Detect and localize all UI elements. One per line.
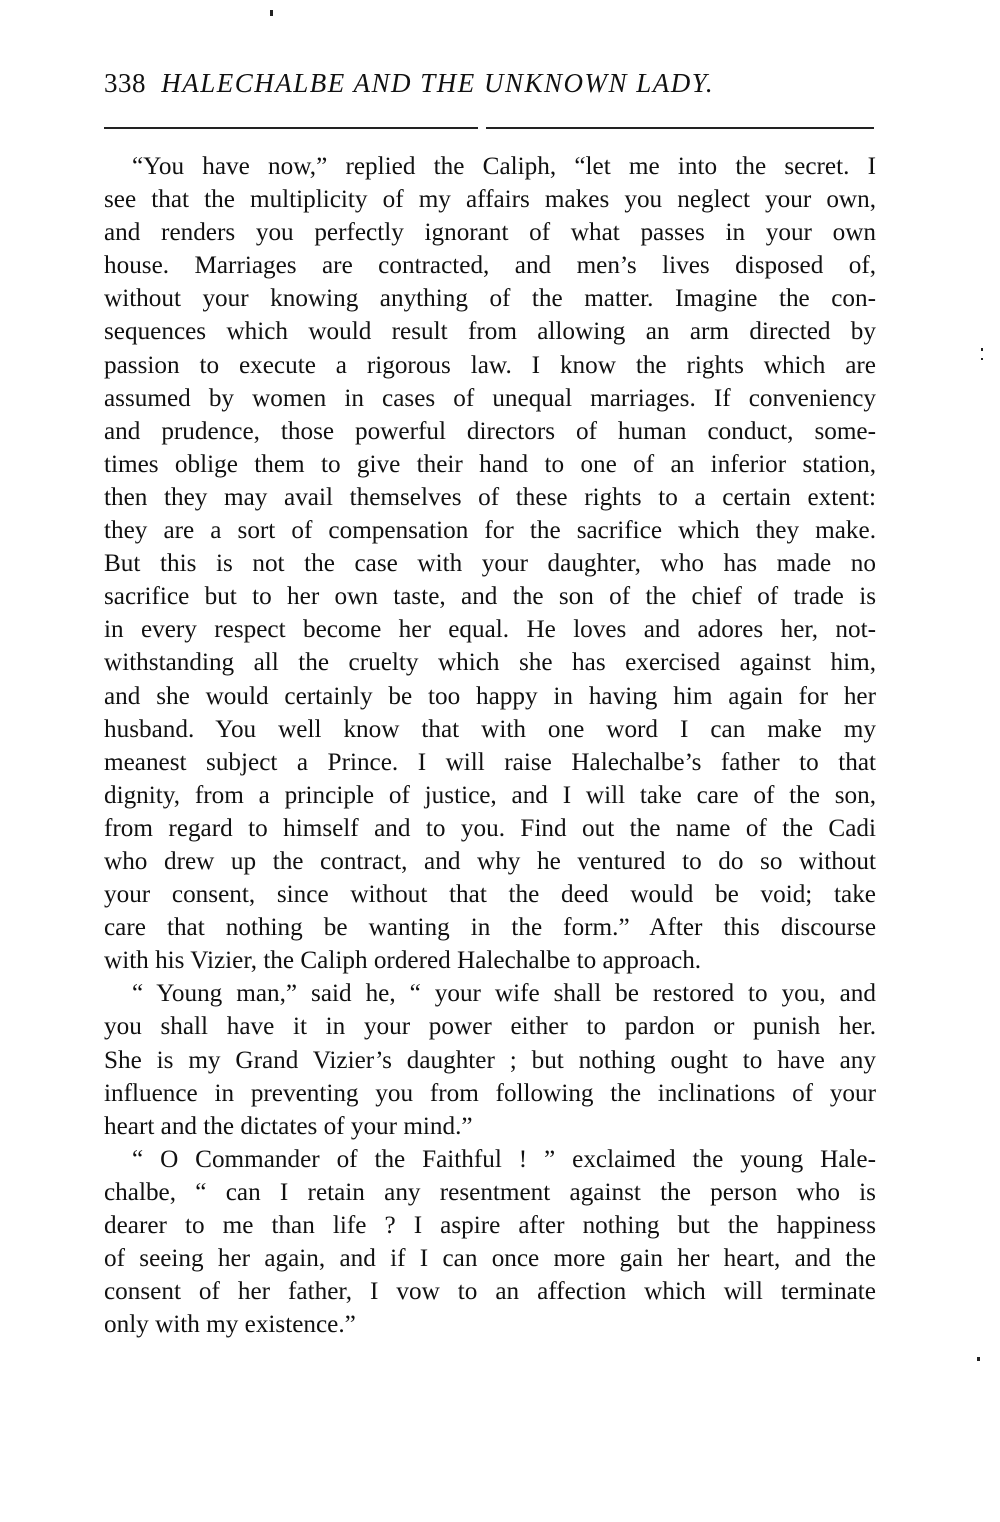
text-line: sequences which would result from allowi… [104,315,876,348]
scan-speck [977,1357,980,1361]
text-line: She is my Grand Vizier’s daughter ; but … [104,1044,876,1077]
scan-speck [270,10,273,16]
text-line: care that nothing be wanting in the form… [104,911,876,944]
text-line: who drew up the contract, and why he ven… [104,845,876,878]
text-line: meanest subject a Prince. I will raise H… [104,746,876,779]
body-text: “You have now,” replied the Caliph, “let… [104,150,876,1341]
text-line: and she would certainly be too happy in … [104,680,876,713]
scan-speck [981,348,983,351]
text-line: “ Young man,” said he, “ your wife shall… [132,977,876,1010]
text-line: husband. You well know that with one wor… [104,713,876,746]
text-line: your consent, since without that the dee… [104,878,876,911]
text-line: times oblige them to give their hand to … [104,448,876,481]
running-header: 338 HALECHALBE AND THE UNKNOWN LADY. [104,68,874,99]
paragraph-commander: “ O Commander of the Faithful ! ” exclai… [104,1143,876,1342]
text-line: and renders you perfectly ignorant of wh… [104,216,876,249]
text-line: dearer to me than life ? I aspire after … [104,1209,876,1242]
text-line: passion to execute a rigorous law. I kno… [104,349,876,382]
page-number: 338 [104,68,146,98]
text-line: from regard to himself and to you. Find … [104,812,876,845]
text-line: of seeing her again, and if I can once m… [104,1242,876,1275]
text-line: house. Marriages are contracted, and men… [104,249,876,282]
text-line: chalbe, “ can I retain any resentment ag… [104,1176,876,1209]
paragraph-caliph-speech: “You have now,” replied the Caliph, “let… [104,150,876,977]
text-line: heart and the dictates of your mind.” [104,1110,876,1143]
text-line: without your knowing anything of the mat… [104,282,876,315]
header-rule-gap [478,126,486,130]
text-line: “You have now,” replied the Caliph, “let… [132,150,876,183]
paragraph-young-man: “ Young man,” said he, “ your wife shall… [104,977,876,1142]
text-line: with his Vizier, the Caliph ordered Hale… [104,944,876,977]
text-line: dignity, from a principle of justice, an… [104,779,876,812]
text-line: consent of her father, I vow to an affec… [104,1275,876,1308]
scan-speck [981,358,983,360]
header-rule [104,127,874,129]
text-line: you shall have it in your power either t… [104,1010,876,1043]
text-line: withstanding all the cruelty which she h… [104,646,876,679]
text-line: “ O Commander of the Faithful ! ” exclai… [132,1143,876,1176]
text-line: they are a sort of compensation for the … [104,514,876,547]
running-title: HALECHALBE AND THE UNKNOWN LADY. [161,68,714,98]
text-line: and prudence, those powerful directors o… [104,415,876,448]
text-line: in every respect become her equal. He lo… [104,613,876,646]
text-line: see that the multiplicity of my affairs … [104,183,876,216]
text-line: influence in preventing you from followi… [104,1077,876,1110]
text-line: But this is not the case with your daugh… [104,547,876,580]
text-line: sacrifice but to her own taste, and the … [104,580,876,613]
text-line: only with my existence.” [104,1308,876,1341]
text-line: then they may avail themselves of these … [104,481,876,514]
text-line: assumed by women in cases of unequal mar… [104,382,876,415]
